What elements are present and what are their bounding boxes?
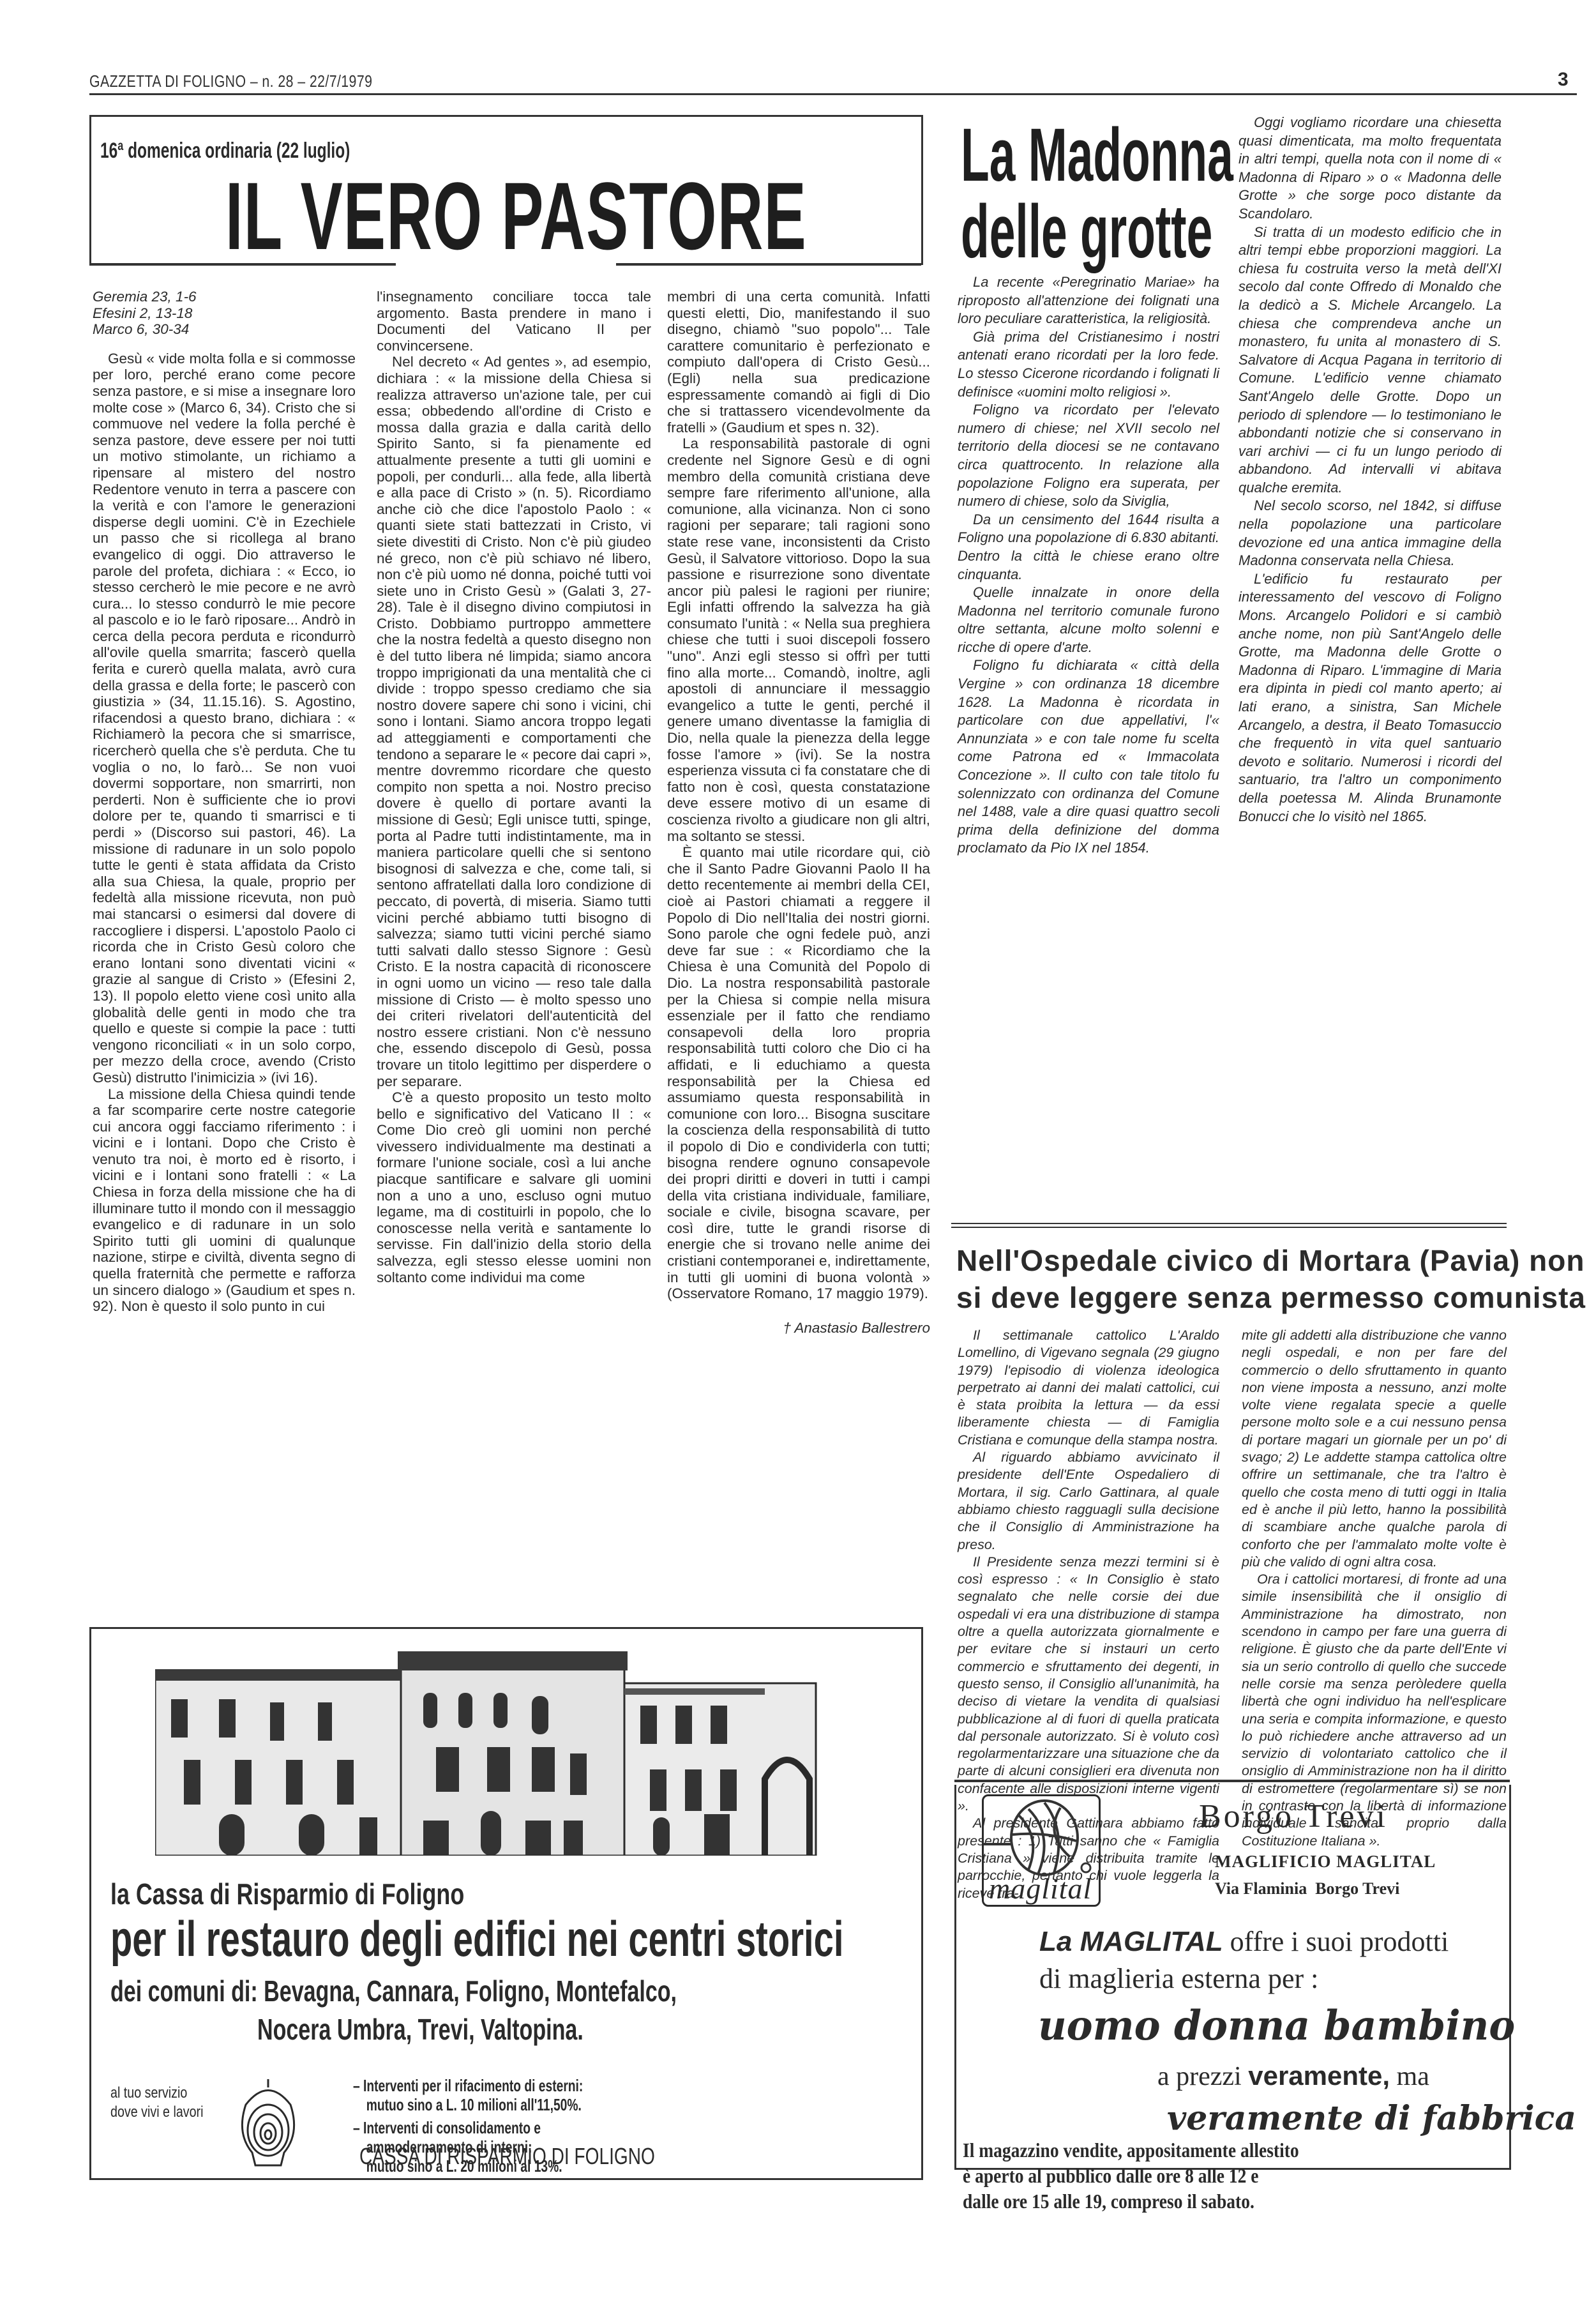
scripture-ref: Geremia 23, 1-6 — [93, 289, 356, 305]
offer-text: offre i suoi prodotti — [1223, 1926, 1449, 1957]
pastore-title: IL VERO PASTORE — [225, 168, 807, 264]
paragraph: l'insegnamento conciliare tocca tale arg… — [377, 289, 651, 354]
pastore-title-rule-right — [616, 263, 921, 266]
paragraph: Il Presidente senza mezzi termini si è c… — [958, 1554, 1219, 1815]
bank-ad-headline: per il restauro degli edifici nei centri… — [110, 1910, 843, 1968]
maglital-offer-line2: di maglieria esterna per : — [1039, 1962, 1318, 1995]
paragraph: È quanto mai utile ricordare qui, ciò ch… — [667, 844, 930, 1302]
paragraph: La missione della Chiesa quindi tende a … — [93, 1086, 356, 1315]
header-rule — [89, 93, 1577, 95]
maglital-brand: La MAGLITAL — [1039, 1926, 1223, 1957]
slogan-line: dove vivi e lavori — [110, 2103, 203, 2122]
yarn-ball-icon — [984, 1796, 1099, 1879]
paragraph: mite gli addetti alla distribuzione che … — [1242, 1327, 1507, 1571]
paragraph: Gesù « vide molta folla e si commosse pe… — [93, 351, 356, 1086]
paragraph: Foligno fu dichiarata « città della Verg… — [958, 656, 1219, 858]
paragraph: membri di una certa comunità. Infatti qu… — [667, 289, 930, 435]
paragraph: La recente «Peregrinatio Mariae» ha ripr… — [958, 273, 1219, 328]
paragraph: L'edificio fu restaurato per interessame… — [1238, 570, 1502, 826]
paragraph: Al riguardo abbiamo avvicinato il presid… — [958, 1449, 1219, 1554]
paragraph: Il settimanale cattolico L'Araldo Lomell… — [958, 1327, 1219, 1449]
maglital-targets: uomo donna bambino — [1038, 2002, 1515, 2050]
maglital-hours: Il magazzino vendite, appositamente alle… — [963, 2137, 1299, 2214]
historic-buildings-illustration — [155, 1651, 832, 1856]
price-emphasis: veramente, — [1248, 2061, 1390, 2091]
bank-ad-slogan: al tuo servizio dove vivi e lavori — [110, 2084, 203, 2122]
paragraph: La responsabilità pastorale di ogni cred… — [667, 435, 930, 844]
scripture-ref: Efesini 2, 13-18 — [93, 305, 356, 322]
running-head: GAZZETTA DI FOLIGNO – n. 28 – 22/7/1979 — [89, 72, 372, 91]
pastore-kicker: 16ª domenica ordinaria (22 luglio) — [100, 139, 350, 163]
maglital-top-rule — [954, 1780, 1510, 1782]
hours-line: Il magazzino vendite, appositamente alle… — [963, 2137, 1299, 2163]
mortara-separator — [951, 1223, 1507, 1224]
pastore-column-3: membri di una certa comunità. Infatti qu… — [667, 289, 930, 1336]
price-text: ma — [1390, 2062, 1429, 2091]
pastore-column-2: l'insegnamento conciliare tocca tale arg… — [377, 289, 651, 1285]
mortara-title-line2: si deve leggere senza permesso comunista — [956, 1279, 1586, 1316]
mortara-separator — [951, 1227, 1507, 1228]
price-text: a prezzi — [1157, 2062, 1248, 2091]
maglital-logo-text: maglital — [989, 1872, 1092, 1905]
pastore-column-1: Geremia 23, 1-6 Efesini 2, 13-18 Marco 6… — [93, 289, 356, 1315]
maglital-company: MAGLIFICIO MAGLITAL — [1215, 1852, 1436, 1872]
bank-logo-icon — [233, 2076, 303, 2172]
bank-ad-municipalities-line2: Nocera Umbra, Trevi, Valtopina. — [257, 2012, 583, 2047]
signature: † Anastasio Ballestrero — [667, 1320, 930, 1337]
bank-ad: la Cassa di Risparmio di Foligno per il … — [89, 1627, 923, 2180]
bank-ad-line1: la Cassa di Risparmio di Foligno — [110, 1877, 464, 1911]
paragraph: Da un censimento del 1644 risulta a Foli… — [958, 511, 1219, 584]
maglital-address: Via Flaminia Borgo Trevi — [1215, 1879, 1399, 1898]
paragraph: C'è a questo proposito un testo molto be… — [377, 1089, 651, 1285]
paragraph: Nel decreto « Ad gentes », ad esempio, d… — [377, 354, 651, 1089]
offer-line: mutuo sino a L. 10 milioni all'11,50%. — [353, 2095, 583, 2114]
maglital-factory: veramente di fabbrica — [1167, 2099, 1576, 2138]
madonna-column-right: Oggi vogliamo ricordare una chiesetta qu… — [1238, 114, 1502, 826]
offer-line: – Interventi per il rifacimento di ester… — [353, 2076, 583, 2095]
paragraph: Foligno va ricordato per l'elevato numer… — [958, 401, 1219, 511]
madonna-column-left: La recente «Peregrinatio Mariae» ha ripr… — [958, 273, 1219, 858]
madonna-title-line2: delle grotte — [961, 192, 1212, 273]
paragraph: Quelle innalzate in onore della Madonna … — [958, 584, 1219, 656]
mortara-title-line1: Nell'Ospedale civico di Mortara (Pavia) … — [956, 1242, 1585, 1279]
paragraph: Nel secolo scorso, nel 1842, si diffuse … — [1238, 497, 1502, 570]
pastore-title-rule-left — [89, 263, 396, 266]
pastore-title-box: 16ª domenica ordinaria (22 luglio) IL VE… — [89, 115, 923, 265]
bank-ad-footer: CASSA DI RISPARMIO DI FOLIGNO — [359, 2143, 655, 2170]
madonna-title-line1: La Madonna — [961, 115, 1233, 196]
maglital-logo: maglital — [982, 1794, 1101, 1907]
offer-line: – Interventi di consolidamento e — [353, 2118, 583, 2137]
paragraph: Già prima del Cristianesimo i nostri ant… — [958, 328, 1219, 401]
maglital-ad: maglital Borgo Trevi MAGLIFICIO MAGLITAL… — [954, 1785, 1511, 2170]
slogan-line: al tuo servizio — [110, 2084, 203, 2103]
hours-line: dalle ore 15 alle 19, compreso il sabato… — [963, 2188, 1299, 2214]
bank-ad-municipalities-line1: dei comuni di: Bevagna, Cannara, Foligno… — [110, 1974, 677, 2008]
paragraph: Si tratta di un modesto edificio che in … — [1238, 223, 1502, 497]
page-number: 3 — [1558, 69, 1569, 91]
maglital-place: Borgo Trevi — [1199, 1798, 1388, 1835]
paragraph: Oggi vogliamo ricordare una chiesetta qu… — [1238, 114, 1502, 223]
mortara-column-right: mite gli addetti alla distribuzione che … — [1242, 1327, 1507, 1850]
maglital-prices: a prezzi veramente, ma — [1157, 2061, 1429, 2092]
hours-line: è aperto al pubblico dalle ore 8 alle 12… — [963, 2163, 1299, 2188]
scripture-ref: Marco 6, 30-34 — [93, 321, 356, 338]
maglital-offer: La MAGLITAL offre i suoi prodotti — [1039, 1925, 1449, 1958]
